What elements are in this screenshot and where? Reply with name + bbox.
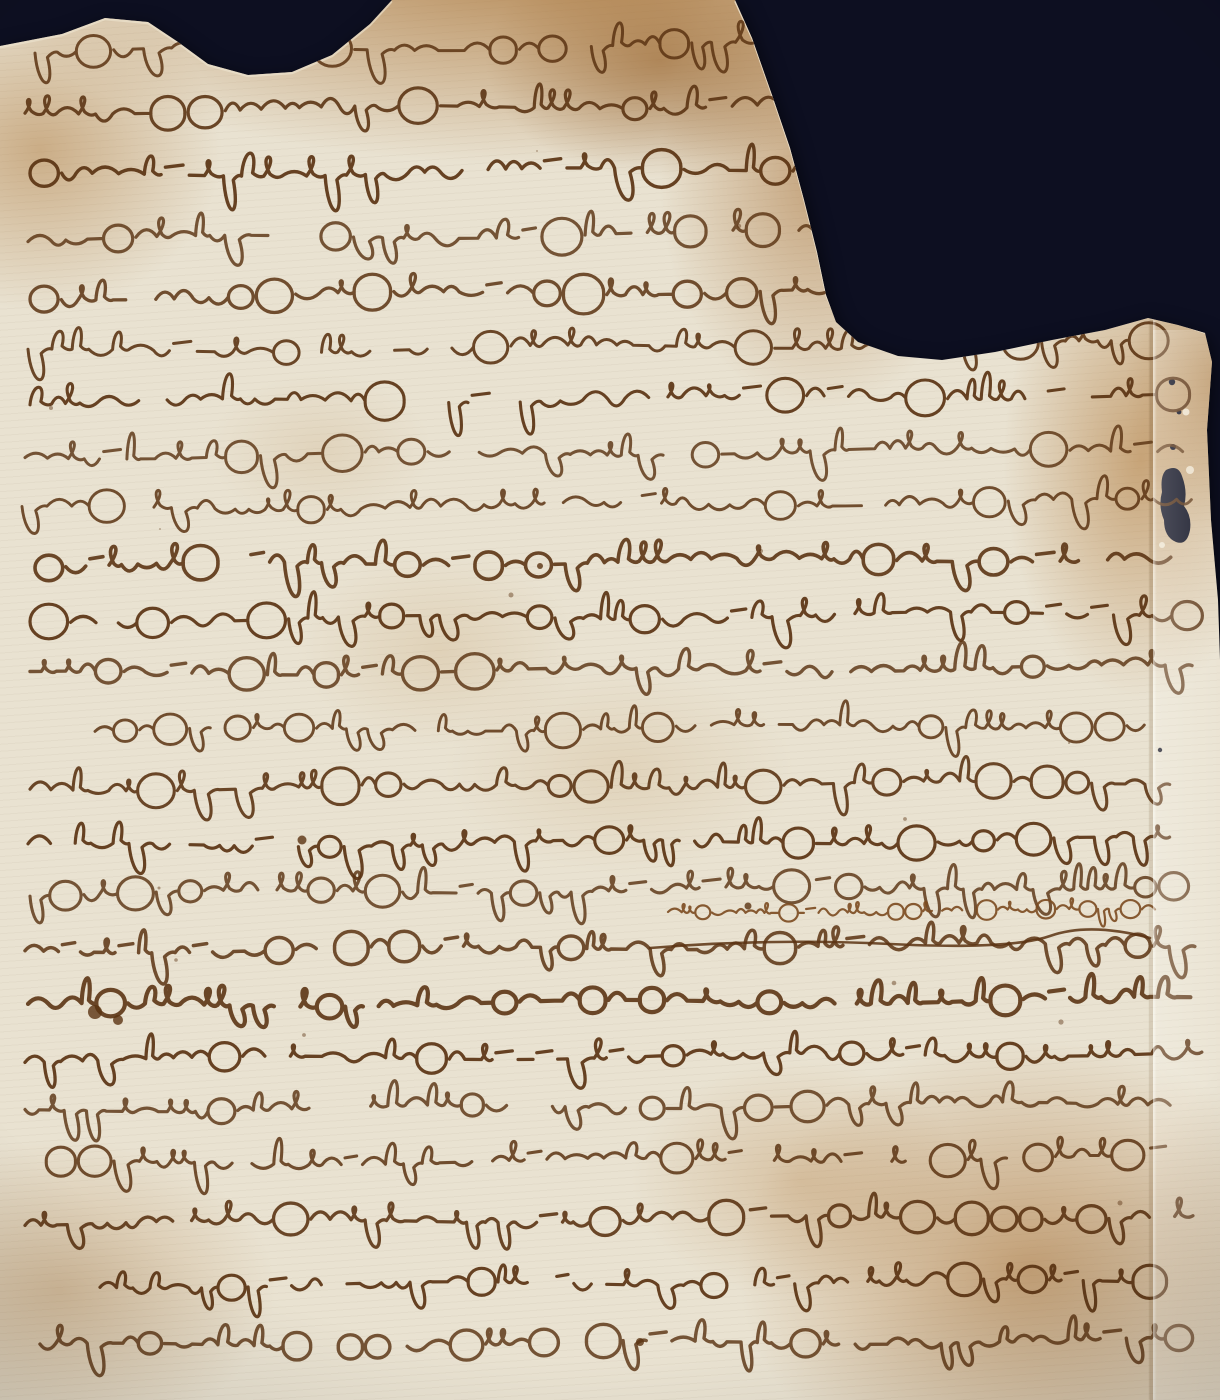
photo-background xyxy=(0,0,1220,1400)
fold-crease xyxy=(1150,320,1153,1400)
handwritten-line-24 xyxy=(40,1316,1196,1376)
ink-speck xyxy=(536,150,538,152)
handwritten-line-7 xyxy=(30,372,1193,435)
ink-blot-3 xyxy=(298,836,307,845)
ink-speck xyxy=(509,593,514,598)
handwritten-line-5 xyxy=(30,274,860,324)
handwritten-line-19 xyxy=(25,1031,1202,1088)
ink-blot-5 xyxy=(537,563,543,569)
handwritten-line-22 xyxy=(25,1193,1193,1249)
tear-hole xyxy=(1158,379,1191,752)
ink-speck xyxy=(1068,742,1070,744)
ink-speck xyxy=(795,85,797,87)
handwritten-line-23 xyxy=(100,1263,1196,1317)
ink-speck xyxy=(302,1033,306,1037)
ink-blot-6 xyxy=(636,1338,644,1346)
handwritten-line-21 xyxy=(46,1137,1171,1193)
ink-blot-2 xyxy=(113,1015,123,1025)
handwritten-line-18 xyxy=(28,974,1190,1027)
ink-blot-1 xyxy=(88,1005,102,1019)
ink-blot-4 xyxy=(745,903,752,910)
ink-speck xyxy=(1118,1201,1123,1206)
handwritten-line-16 xyxy=(30,864,1192,924)
handwritten-line-6 xyxy=(28,322,1171,379)
handwritten-line-11 xyxy=(30,592,1206,648)
handwritten-line-2 xyxy=(25,82,818,131)
handwritten-line-12 xyxy=(30,642,1192,694)
handwriting-layer xyxy=(0,0,1220,1400)
handwritten-line-13 xyxy=(95,701,1144,757)
ink-speck xyxy=(159,528,161,530)
manuscript-paper xyxy=(0,0,1220,1400)
handwritten-line-9 xyxy=(22,476,1191,534)
ink-speck xyxy=(842,67,846,71)
handwritten-line-10 xyxy=(35,539,1171,596)
ink-speck xyxy=(174,958,178,962)
handwritten-line-14 xyxy=(30,757,1170,820)
ink-speck xyxy=(903,817,907,821)
handwritten-line-20 xyxy=(25,1081,1170,1141)
ink-speck xyxy=(49,406,53,410)
ink-speck xyxy=(759,549,763,553)
ink-speck xyxy=(1058,1019,1063,1024)
handwritten-line-3 xyxy=(30,144,855,210)
torn-edge-rim-top-right xyxy=(736,2,1204,358)
handwritten-line-1 xyxy=(35,21,818,83)
handwritten-line-8 xyxy=(25,426,1183,488)
interlinear-insertion xyxy=(668,898,1155,926)
ink-speck xyxy=(158,887,161,890)
manuscript-paper-wrap xyxy=(0,0,1220,1400)
ink-speck xyxy=(892,981,897,986)
handwritten-line-4 xyxy=(28,209,853,265)
handwritten-line-17 xyxy=(25,922,1195,984)
handwritten-line-15 xyxy=(28,818,1170,879)
ink-speck xyxy=(737,224,741,228)
